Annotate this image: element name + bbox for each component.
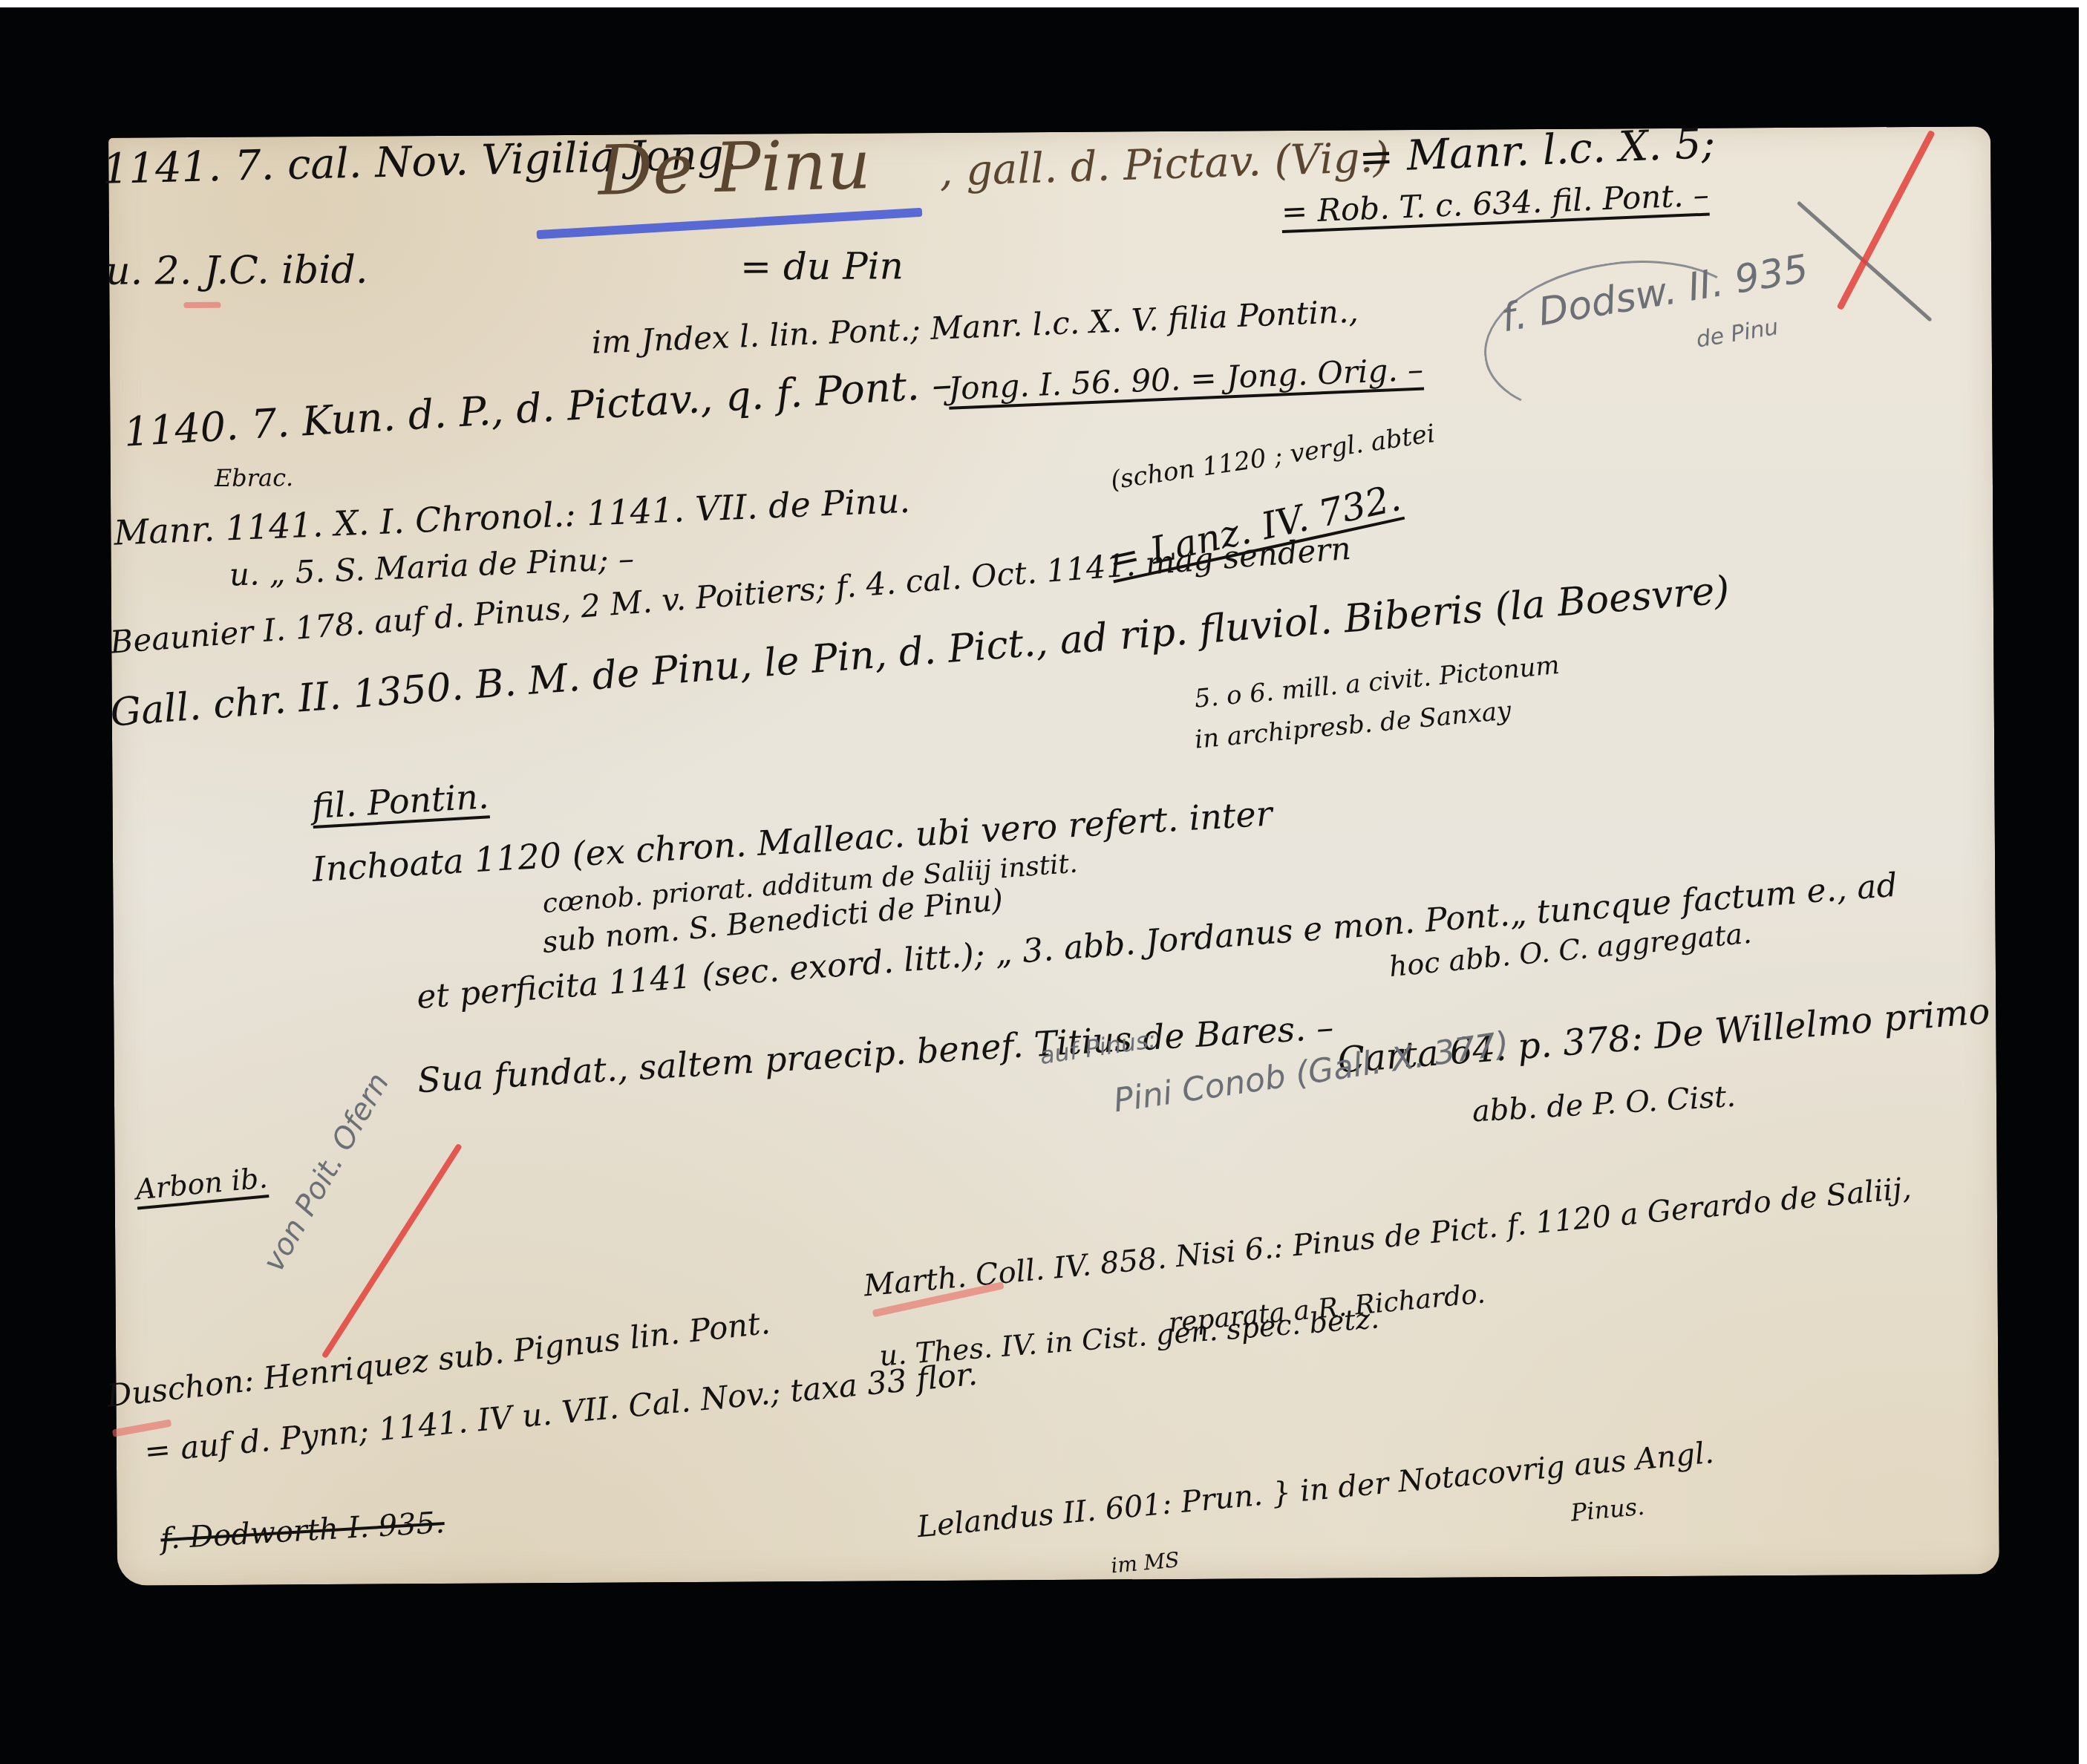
card-title: De Pinu: [597, 125, 872, 211]
pencil-diagonal-note: von Poit. Ofern: [256, 1068, 396, 1278]
arbon-note: Arbon ib.: [134, 1161, 269, 1206]
lelandus-line: Lelandus II. 601: Prun. } in der Notacov…: [915, 1436, 1715, 1544]
filia-pontin: fil. Pontin.: [311, 776, 490, 826]
diocese-label: , gall. d. Pictav. (Vig.): [938, 133, 1390, 196]
index-card: 1141. 7. cal. Nov. Vigilia Jong. De Pinu…: [108, 126, 1999, 1585]
index-line: im Jndex l. lin. Pont.; Manr. l.c. X. V.…: [591, 293, 1359, 360]
blue-underline-mark: [537, 208, 923, 239]
reference-robert: = Rob. T. c. 634. fil. Pont. –: [1281, 177, 1710, 231]
lelandus-right: Pinus.: [1570, 1492, 1646, 1527]
lelandus-sub: im MS: [1110, 1547, 1180, 1578]
s-maria-line: u. „ 5. S. Maria de Pinu; –: [229, 540, 635, 592]
ebrac-note: Ebrac.: [215, 463, 294, 492]
dodworth-struck: f. Dodworth I. 935.: [160, 1506, 445, 1556]
red-underline-mark: [183, 302, 221, 308]
year-1140-line: 1140. 7. Kun. d. P., d. Pictav., q. f. P…: [123, 360, 953, 455]
abbas-line: abb. de P. O. Cist.: [1472, 1079, 1737, 1129]
martene-coll-line: Marth. Coll. IV. 858. Nisi 6.: Pinus de …: [862, 1172, 1913, 1304]
jongelinus-line: Jong. I. 56. 90. = Jong. Orig. –: [947, 351, 1424, 407]
du-pin-line: = du Pin: [740, 244, 904, 288]
alt-line: u. 2. J.C. ibid.: [105, 248, 368, 294]
